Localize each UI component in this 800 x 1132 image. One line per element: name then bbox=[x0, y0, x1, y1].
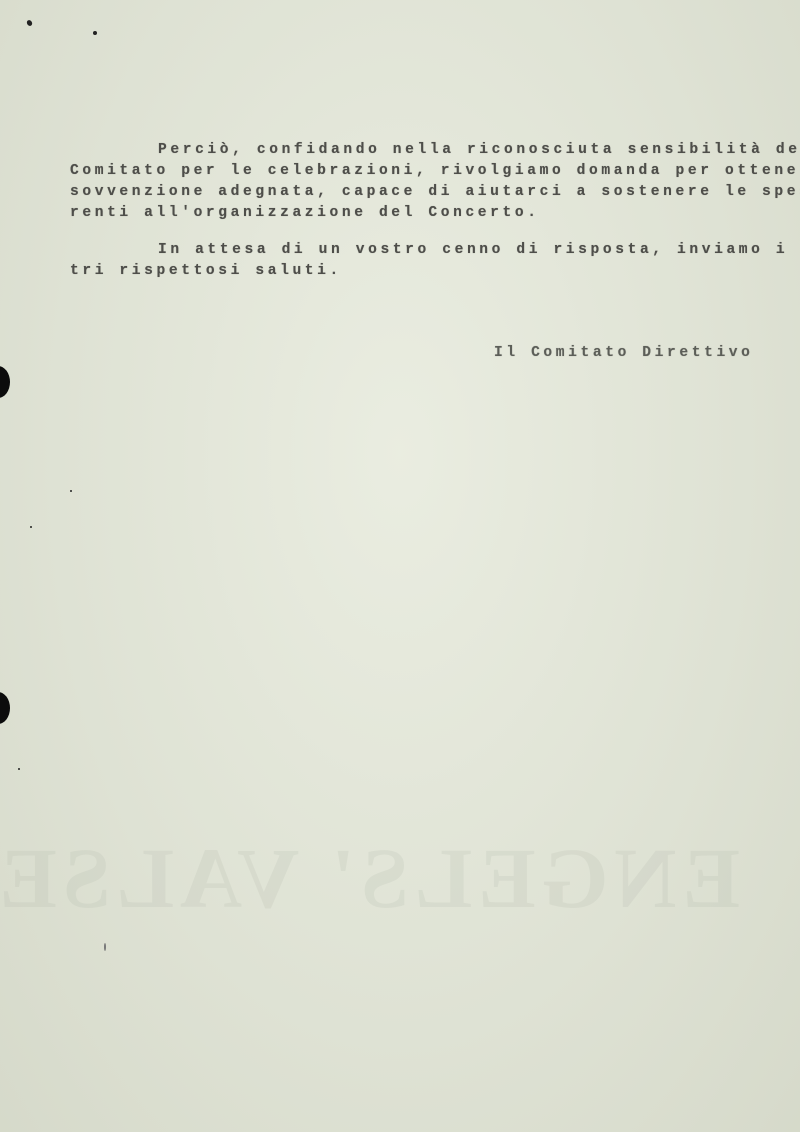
punch-hole-upper bbox=[0, 366, 10, 398]
punch-hole-lower bbox=[0, 692, 10, 724]
paragraph-1-line-1: Perciò, confidando nella riconosciuta se… bbox=[158, 143, 800, 158]
ink-speck bbox=[18, 768, 20, 770]
ink-speck bbox=[104, 943, 106, 951]
ink-speck bbox=[70, 490, 72, 492]
paragraph-1-line-4: renti all'organizzazione del Concerto. bbox=[70, 206, 540, 221]
paragraph-1-line-3: sovvenzione adegnata, capace di aiutarci… bbox=[70, 185, 800, 200]
ink-speck bbox=[26, 19, 33, 27]
ink-speck bbox=[93, 31, 97, 35]
signature: Il Comitato Direttivo bbox=[494, 345, 754, 361]
paragraph-2-line-2: tri rispettosi saluti. bbox=[70, 264, 342, 279]
paragraph-1-line-2: Comitato per le celebrazioni, rivolgiamo… bbox=[70, 164, 800, 179]
ink-speck bbox=[30, 526, 32, 528]
bleed-through-text: ENGELS' VALSE bbox=[80, 828, 740, 928]
document-page: ENGELS' VALSE Perciò, confidando nella r… bbox=[0, 0, 800, 1132]
paragraph-2-line-1: In attesa di un vostro cenno di risposta… bbox=[158, 243, 800, 258]
